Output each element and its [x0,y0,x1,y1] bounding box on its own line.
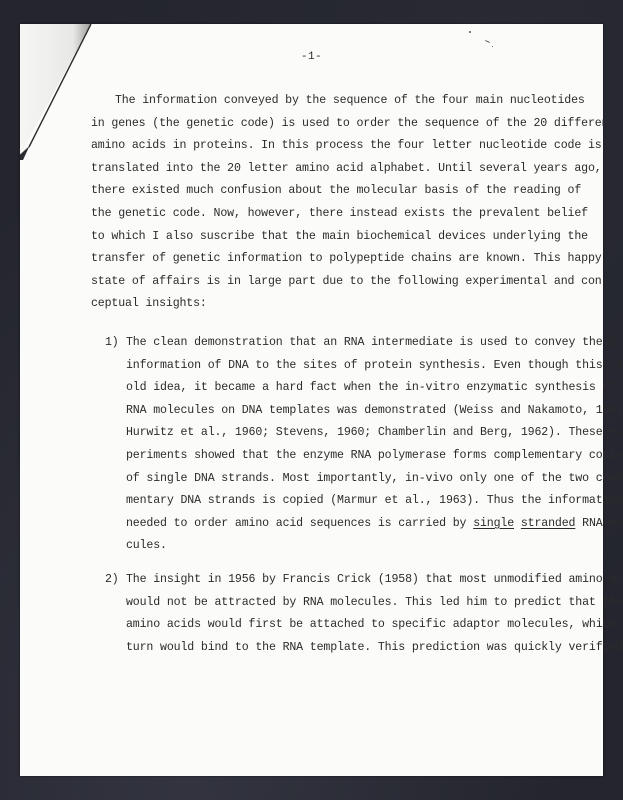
text-line: The information conveyed by the sequence… [91,90,615,113]
text-line: there existed much confusion about the m… [91,180,615,203]
item-body: The insight in 1956 by Francis Crick (19… [126,569,623,659]
item-marker: 2) [105,569,119,592]
text-run: needed to order amino acid sequences is … [126,517,473,530]
text-line: The clean demonstration that an RNA inte… [126,332,623,355]
text-line: mentary DNA strands is copied (Marmur et… [126,490,623,513]
text-line: needed to order amino acid sequences is … [126,513,623,536]
text-line: of single DNA strands. Most importantly,… [126,468,623,491]
numbered-item-2: 2) The insight in 1956 by Francis Crick … [105,569,623,659]
underlined-word-single: single [473,517,514,530]
page-number: -1- [20,51,603,63]
text-line: amino acids in proteins. In this process… [91,135,615,158]
numbered-item-1: 1) The clean demonstration that an RNA i… [105,332,623,558]
paper-speck [469,31,471,33]
text-run [514,517,521,530]
text-line: amino acids would first be attached to s… [126,614,623,637]
text-line: periments showed that the enzyme RNA pol… [126,445,623,468]
paper-speck [485,40,490,43]
text-line: in genes (the genetic code) is used to o… [91,113,615,136]
text-line: translated into the 20 letter amino acid… [91,158,615,181]
text-line: the genetic code. Now, however, there in… [91,203,615,226]
typewritten-page: -1- The information conveyed by the sequ… [20,24,603,776]
item-marker: 1) [105,332,119,355]
text-run: RNA mole- [575,517,623,530]
text-line: to which I also suscribe that the main b… [91,226,615,249]
text-line: turn would bind to the RNA template. Thi… [126,637,623,660]
text-line: information of DNA to the sites of prote… [126,355,623,378]
text-line: ceptual insights: [91,293,615,316]
text-line: cules. [126,535,623,558]
text-line: Hurwitz et al., 1960; Stevens, 1960; Cha… [126,422,623,445]
text-line: state of affairs is in large part due to… [91,271,615,294]
text-line: The insight in 1956 by Francis Crick (19… [126,569,623,592]
item-body: The clean demonstration that an RNA inte… [126,332,623,558]
text-line: would not be attracted by RNA molecules.… [126,592,623,615]
underlined-word-stranded: stranded [521,517,575,530]
paper-speck [492,46,493,47]
text-line: RNA molecules on DNA templates was demon… [126,400,623,423]
text-line: old idea, it became a hard fact when the… [126,377,623,400]
intro-paragraph: The information conveyed by the sequence… [91,90,615,316]
text-line: transfer of genetic information to polyp… [91,248,615,271]
